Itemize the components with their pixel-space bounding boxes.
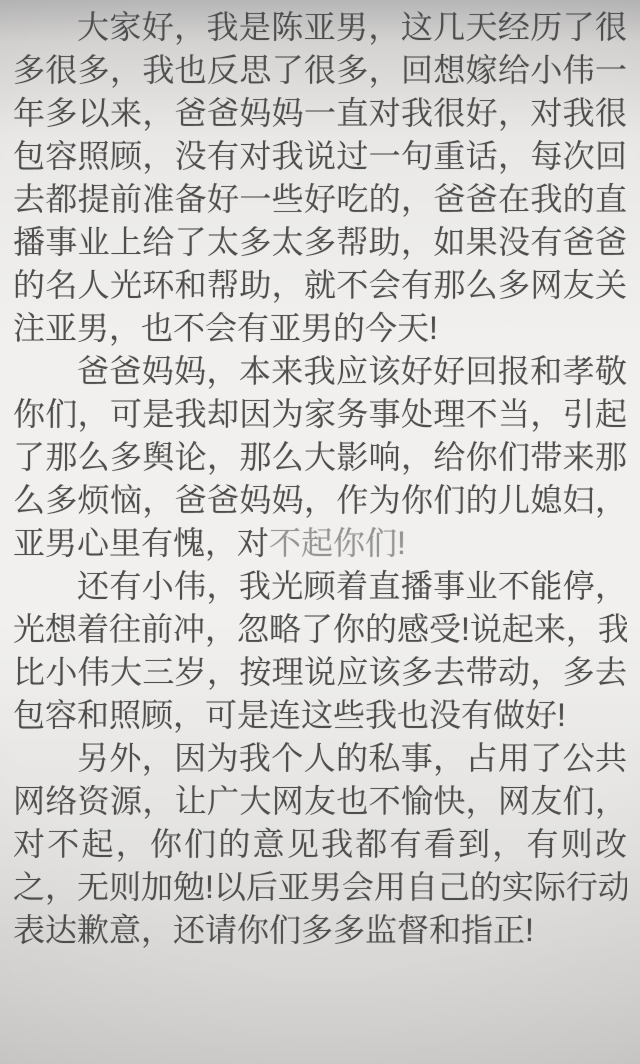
statement-line-normal-segment: 亚男心里有愧，对 xyxy=(13,525,269,561)
statement-line: 包容和照顾，可是连这些我也没有做好! xyxy=(13,694,627,737)
statement-paragraph: 另外，因为我个人的私事，占用了公共 网络资源，让广大网友也不愉快，网友们， 对不… xyxy=(13,737,627,952)
statement-line: 亚男心里有愧，对不起你们! xyxy=(13,522,627,565)
statement-line: 爸爸妈妈，本来我应该好好回报和孝敬 xyxy=(13,350,627,393)
statement-line: 之，无则加勉!以后亚男会用自己的实际行动 xyxy=(13,866,627,909)
statement-line: 对不起，你们的意见我都有看到，有则改 xyxy=(13,823,627,866)
statement-image: 大家好，我是陈亚男，这几天经历了很 多很多，我也反思了很多，回想嫁给小伟一 年多… xyxy=(0,0,640,1064)
statement-line: 多很多，我也反思了很多，回想嫁给小伟一 xyxy=(13,49,627,92)
statement-line: 播事业上给了太多太多帮助，如果没有爸爸 xyxy=(13,221,627,264)
statement-line: 还有小伟，我光顾着直播事业不能停， xyxy=(13,565,627,608)
statement-line: 注亚男，也不会有亚男的今天! xyxy=(13,307,627,350)
statement-line: 比小伟大三岁，按理说应该多去带动，多去 xyxy=(13,651,627,694)
statement-line: 大家好，我是陈亚男，这几天经历了很 xyxy=(13,6,627,49)
statement-line: 么多烦恼，爸爸妈妈，作为你们的儿媳妇， xyxy=(13,479,627,522)
statement-line: 网络资源，让广大网友也不愉快，网友们， xyxy=(13,780,627,823)
statement-paragraph: 大家好，我是陈亚男，这几天经历了很 多很多，我也反思了很多，回想嫁给小伟一 年多… xyxy=(13,6,627,350)
statement-line: 包容照顾，没有对我说过一句重话，每次回 xyxy=(13,135,627,178)
statement-line: 去都提前准备好一些好吃的，爸爸在我的直 xyxy=(13,178,627,221)
statement-line: 了那么多舆论，那么大影响，给你们带来那 xyxy=(13,436,627,479)
statement-line: 表达歉意，还请你们多多监督和指正! xyxy=(13,909,627,952)
statement-paragraph: 还有小伟，我光顾着直播事业不能停， 光想着往前冲，忽略了你的感受!说起来，我 比… xyxy=(13,565,627,737)
statement-line-faded-segment: 不起你们! xyxy=(269,525,406,561)
statement-line: 年多以来，爸爸妈妈一直对我很好，对我很 xyxy=(13,92,627,135)
statement-line: 的名人光环和帮助，就不会有那么多网友关 xyxy=(13,264,627,307)
statement-line: 光想着往前冲，忽略了你的感受!说起来，我 xyxy=(13,608,627,651)
statement-line: 你们，可是我却因为家务事处理不当，引起 xyxy=(13,393,627,436)
statement-text: 大家好，我是陈亚男，这几天经历了很 多很多，我也反思了很多，回想嫁给小伟一 年多… xyxy=(0,0,640,952)
statement-line: 另外，因为我个人的私事，占用了公共 xyxy=(13,737,627,780)
statement-paragraph: 爸爸妈妈，本来我应该好好回报和孝敬 你们，可是我却因为家务事处理不当，引起 了那… xyxy=(13,350,627,565)
